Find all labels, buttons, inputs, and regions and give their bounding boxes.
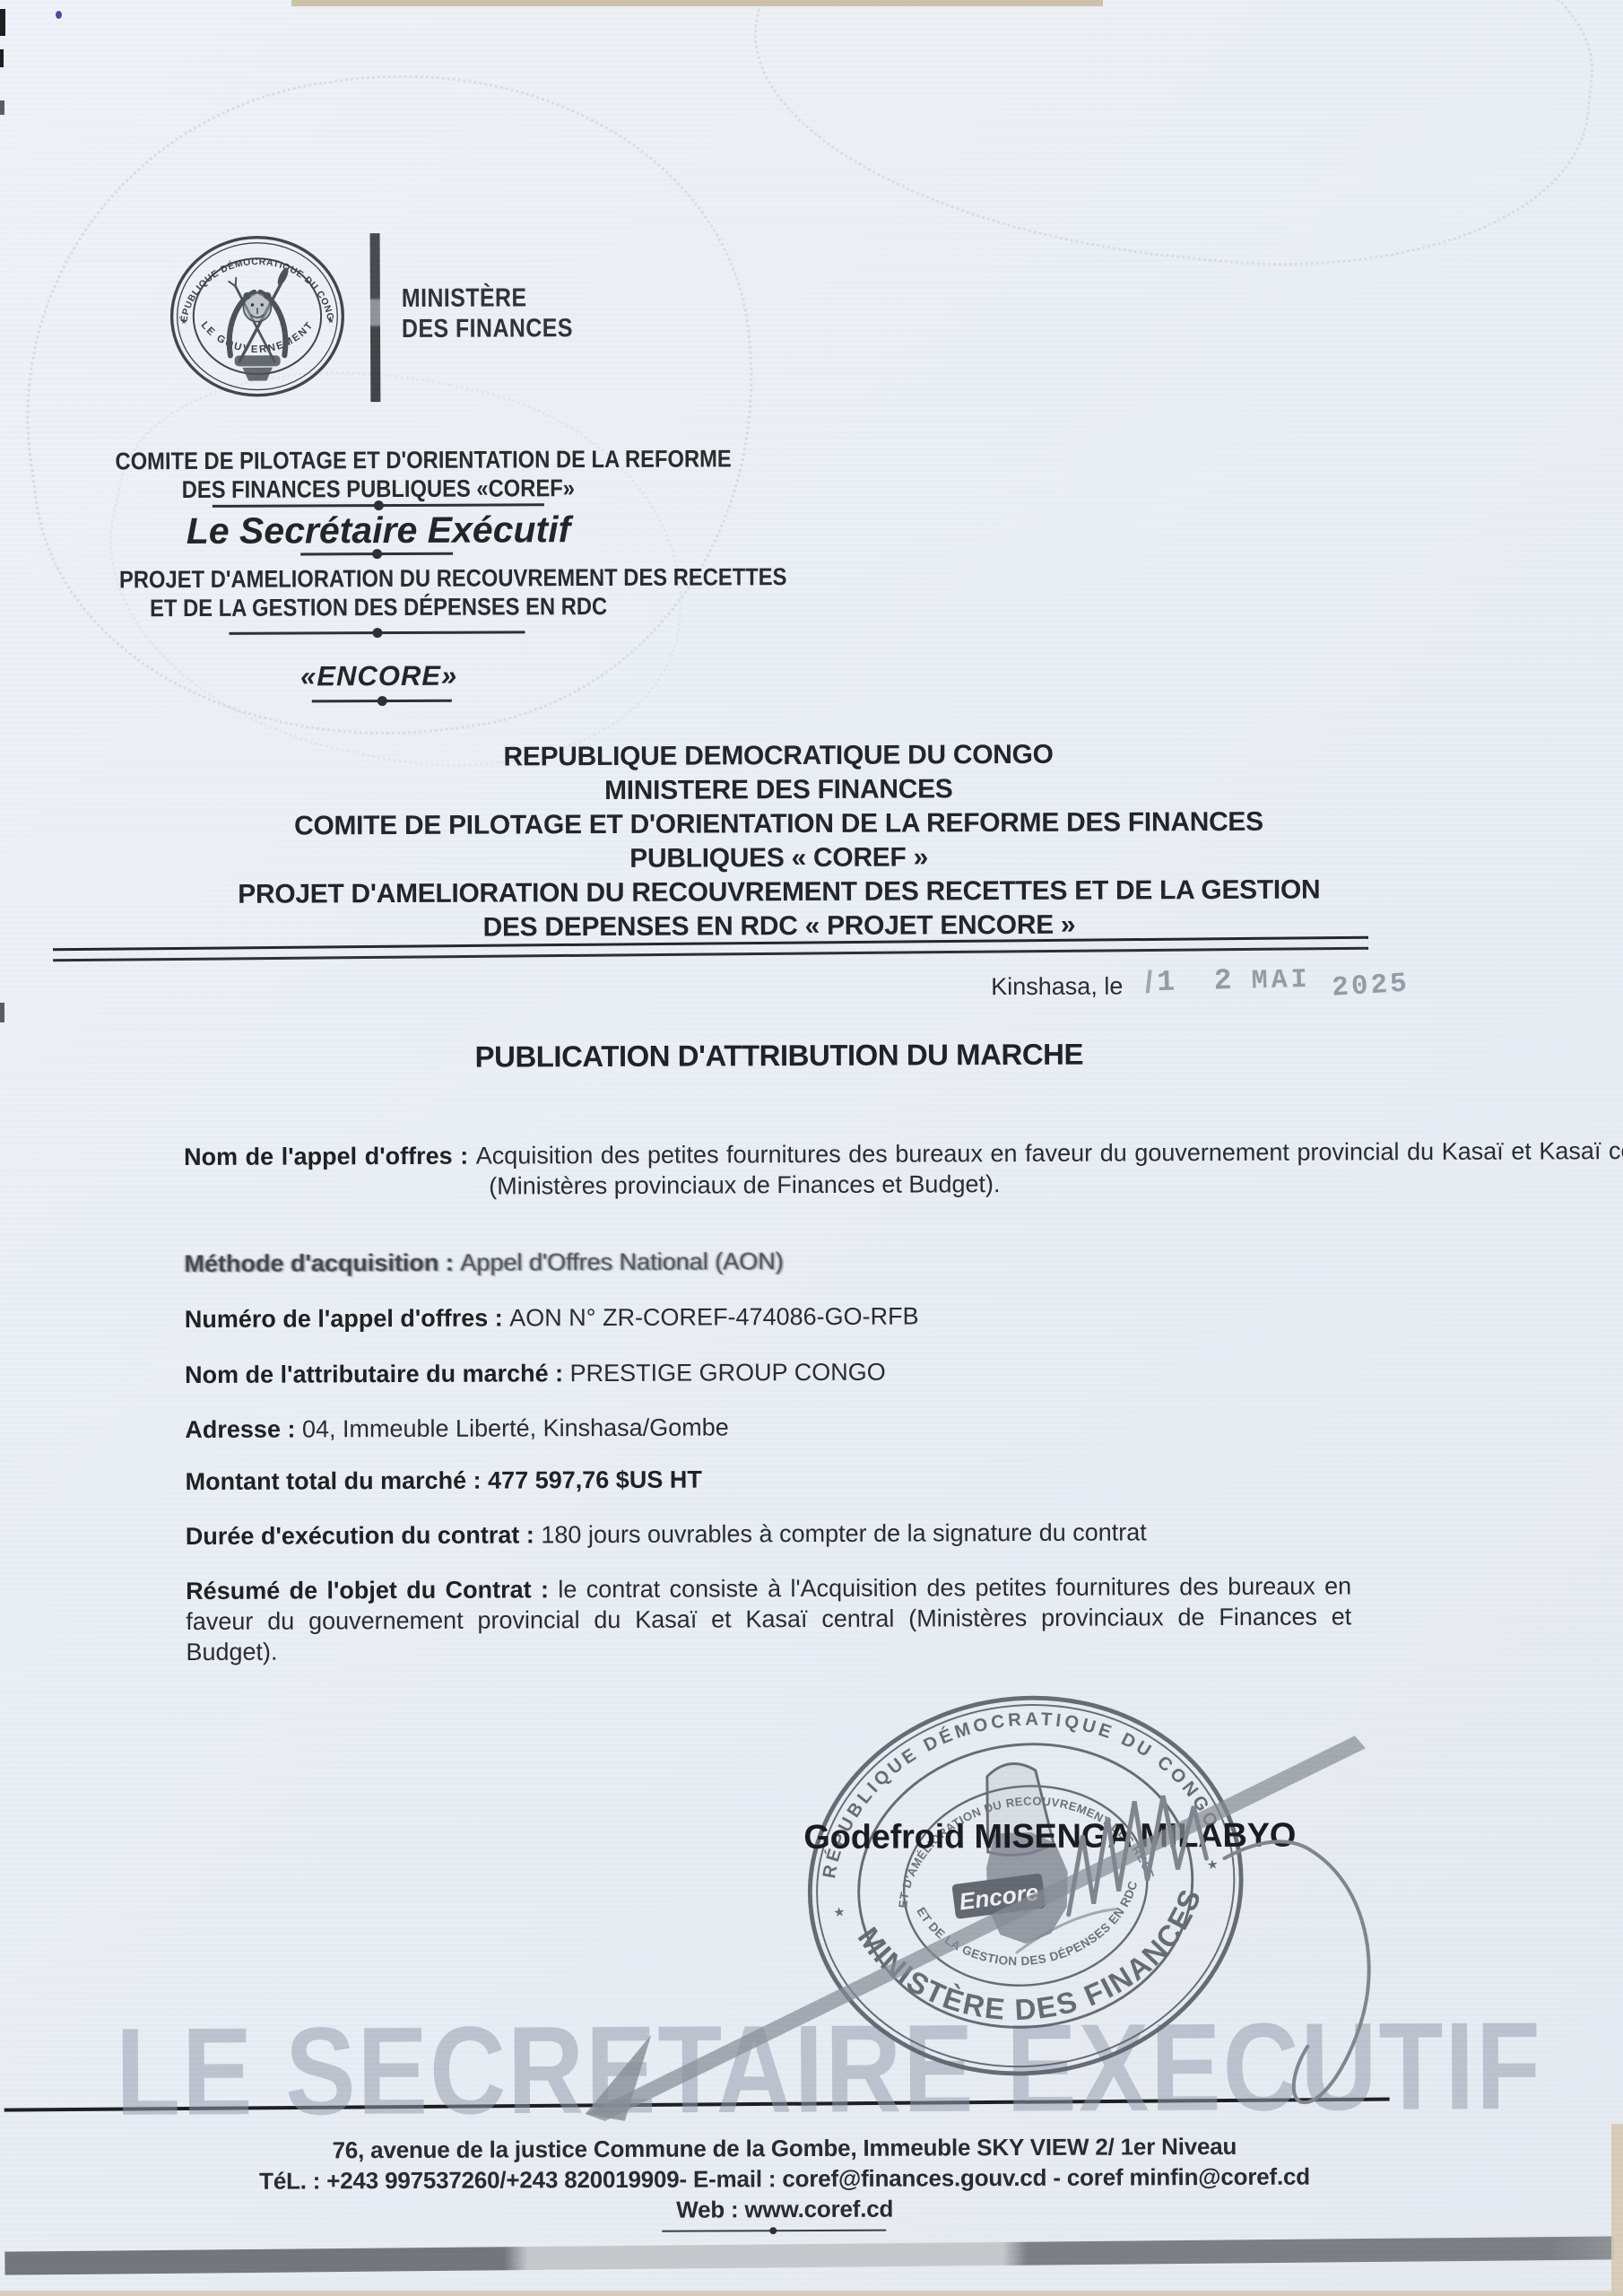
field-numero-value: AON N° ZR-COREF-474086-GO-RFB (509, 1302, 919, 1331)
field-montant: Montant total du marché : 477 597,76 $US… (186, 1461, 1378, 1497)
coref-committee-line1-text: COMITE DE PILOTAGE ET D'ORIENTATION DE L… (115, 445, 731, 475)
scan-artifact-mark (0, 9, 5, 36)
field-attributaire-label: Nom de l'attributaire du marché (185, 1360, 549, 1388)
date-stamp-day: 1 2 (1157, 964, 1243, 999)
field-montant-sep: : (466, 1467, 488, 1494)
title-line-4: PUBLIQUES « COREF » (223, 839, 1335, 877)
footer-contacts: TéL. : +243 997537260/+243 820019909- E-… (112, 2162, 1457, 2196)
field-methode-sep: : (438, 1249, 460, 1276)
scan-artifact-mark (0, 1003, 4, 1022)
field-duree-value: 180 jours ouvrables à compter de la sign… (541, 1518, 1147, 1548)
field-appel-offres-label: Nom de l'appel d'offres (184, 1143, 453, 1170)
date-stamp-year: 2025 (1332, 969, 1410, 1004)
title-line-5: PROJET D'AMELIORATION DU RECOUVREMENT DE… (223, 873, 1335, 911)
field-adresse-label: Adresse (185, 1416, 281, 1443)
field-resume-label: Résumé de l'objet du Contrat (186, 1576, 532, 1605)
ministry-label: MINISTÈRE DES FINANCES (402, 283, 601, 344)
title-line-2: MINISTERE DES FINANCES (222, 770, 1334, 809)
field-numero-sep: : (488, 1304, 509, 1331)
field-methode-value: Appel d'Offres National (AON) (460, 1248, 783, 1276)
scan-edge-top (291, 0, 1103, 6)
coref-project-line1-text: PROJET D'AMELIORATION DU RECOUVREMENT DE… (119, 563, 787, 594)
scan-edge-right (1611, 2124, 1623, 2296)
government-seal-icon: RÉPUBLIQUE DÉMOCRATIQUE DU CONGO LE GOUV… (167, 231, 349, 401)
coref-encore-label: «ENCORE» (74, 659, 684, 694)
ministry-line2: DES FINANCES (402, 313, 573, 344)
handwritten-signature-icon (514, 1682, 1412, 2152)
scan-artifact-mark (0, 49, 4, 67)
field-attributaire-sep: : (549, 1360, 570, 1387)
coref-rule-4 (312, 700, 452, 703)
coref-project-line2-text: ET DE LA GESTION DES DÉPENSES EN RDC (150, 593, 607, 622)
ministry-line1: MINISTÈRE (402, 283, 527, 314)
field-appel-offres-value: Acquisition des petites fournitures des … (476, 1137, 1623, 1200)
scan-edge-bottom (0, 2291, 1623, 2296)
field-methode: Méthode d'acquisition : Appel d'Offres N… (184, 1243, 1376, 1279)
title-line-1: REPUBLIQUE DEMOCRATIQUE DU CONGO (222, 736, 1334, 775)
coref-secretary-title: Le Secrétaire Exécutif (74, 509, 683, 553)
coref-rule-1 (213, 503, 544, 508)
field-duree-label: Durée d'exécution du contrat (186, 1521, 520, 1550)
scanned-document-page: RÉPUBLIQUE DÉMOCRATIQUE DU CONGO LE GOUV… (0, 0, 1623, 2296)
field-duree-sep: : (519, 1521, 541, 1548)
field-montant-value: 477 597,76 $US HT (488, 1466, 702, 1494)
field-numero-label: Numéro de l'appel d'offres (185, 1305, 489, 1333)
date-stamp-artifact (1146, 970, 1152, 993)
field-numero: Numéro de l'appel d'offres : AON N° ZR-C… (185, 1299, 1377, 1335)
coref-project-line1: PROJET D'AMELIORATION DU RECOUVREMENT DE… (74, 564, 683, 595)
document-content: RÉPUBLIQUE DÉMOCRATIQUE DU CONGO LE GOUV… (0, 0, 1623, 2296)
coref-project-line2: ET DE LA GESTION DES DÉPENSES EN RDC (74, 593, 683, 623)
coref-committee-line1: COMITE DE PILOTAGE ET D'ORIENTATION DE L… (74, 446, 683, 476)
seal-star-left-icon: ★ (180, 317, 187, 326)
document-title: PUBLICATION D'ATTRIBUTION DU MARCHE (474, 1038, 1083, 1074)
scan-artifact-mark (0, 100, 4, 115)
title-line-3: COMITE DE PILOTAGE ET D'ORIENTATION DE L… (222, 804, 1334, 843)
field-montant-label: Montant total du marché (186, 1467, 467, 1495)
field-resume: Résumé de l'objet du Contrat : le contra… (186, 1570, 1351, 1667)
coref-rule-3 (229, 631, 525, 634)
seal-star-right-icon: ★ (327, 316, 334, 325)
field-adresse: Adresse : 04, Immeuble Liberté, Kinshasa… (185, 1409, 1377, 1445)
field-attributaire-value: PRESTIGE GROUP CONGO (570, 1359, 886, 1387)
seal-emblem-icon (229, 266, 291, 381)
field-appel-offres: Nom de l'appel d'offres : Acquisition de… (184, 1135, 1623, 1203)
date-stamp-month: MAI (1251, 965, 1311, 997)
dateline-place: Kinshasa, le (991, 972, 1123, 1001)
footer-bar (4, 2236, 1614, 2274)
footer-web: Web : www.coref.cd (112, 2193, 1457, 2227)
scan-artifact-dot (56, 11, 62, 19)
field-appel-offres-sep: : (453, 1143, 476, 1170)
title-block: REPUBLIQUE DEMOCRATIQUE DU CONGO MINISTE… (222, 736, 1335, 945)
field-duree: Durée d'exécution du contrat : 180 jours… (186, 1516, 1378, 1552)
footer-web-rule (662, 2230, 886, 2232)
field-attributaire: Nom de l'attributaire du marché : PRESTI… (185, 1354, 1377, 1390)
coref-rule-2 (300, 552, 453, 556)
field-resume-sep: : (532, 1576, 559, 1603)
field-methode-label: Méthode d'acquisition (184, 1249, 438, 1277)
field-adresse-sep: : (281, 1415, 302, 1442)
letterhead-divider (370, 233, 381, 402)
date-stamp: 1 2MAI2025 (1147, 960, 1410, 999)
field-adresse-value: 04, Immeuble Liberté, Kinshasa/Gombe (302, 1413, 729, 1442)
